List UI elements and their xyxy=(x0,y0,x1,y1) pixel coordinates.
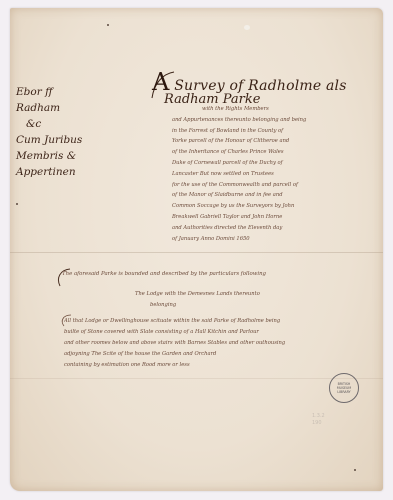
margin-note-line: &c xyxy=(16,116,86,132)
margin-note-line: Appertinen xyxy=(16,164,86,180)
body-line: of the Manor of Slaidburne and in fee an… xyxy=(172,190,342,201)
body-line: Duke of Cornewall parcell of the Duchy o… xyxy=(172,158,342,169)
ink-speck xyxy=(16,203,18,205)
library-stamp: BRITISH MUSEUM LIBRARY xyxy=(329,373,359,403)
body-line: of January Anno Domini 1650 xyxy=(172,234,342,245)
paragraph-line: All that Lodge or Dwellinghouse scituate… xyxy=(64,316,334,327)
pencil-line: 1.3.2 xyxy=(312,413,325,420)
fold-line xyxy=(10,378,383,379)
margin-note-line: Ebor ff xyxy=(16,84,86,100)
body-line: and Authorities directed the Eleventh da… xyxy=(172,223,342,234)
paragraph-1-line2: The Lodge with the Demesnes Lands thereu… xyxy=(135,291,260,297)
fold-line xyxy=(10,252,383,253)
margin-note: Ebor ff Radham &c Cum Juribus Membris & … xyxy=(16,84,86,180)
margin-note-line: Membris & xyxy=(16,148,86,164)
body-line: in the Forrest of Bowland in the County … xyxy=(172,126,342,137)
pencil-line: 190 xyxy=(312,420,325,427)
body-line: and Appurtenances thereunto belonging an… xyxy=(172,115,342,126)
paragraph-line: containing by estimation one Rood more o… xyxy=(64,360,334,371)
paragraph-1-line1: The aforesaid Parke is bounded and descr… xyxy=(62,271,266,277)
body-line: with the Rights Members xyxy=(172,104,342,115)
pencil-annotation: 1.3.2 190 xyxy=(312,413,325,427)
paragraph-2: All that Lodge or Dwellinghouse scituate… xyxy=(64,316,334,371)
body-line: for the use of the Commonwealth and parc… xyxy=(172,180,342,191)
ink-speck xyxy=(354,469,356,471)
title-body: with the Rights Members and Appurtenance… xyxy=(172,104,342,244)
stamp-text-bottom: LIBRARY xyxy=(337,390,350,394)
paragraph-line: and other roomes below and above stairs … xyxy=(64,338,334,349)
paragraph-1-line3: belonging xyxy=(150,302,176,308)
paragraph-line: builte of Stone covered with Slate consi… xyxy=(64,327,334,338)
body-line: Lancaster But now settled on Trustees xyxy=(172,169,342,180)
body-line: of the Inheritance of Charles Prince Wal… xyxy=(172,147,342,158)
paragraph-flourish-icon xyxy=(54,266,74,288)
body-line: Common Soccage by us the Surveyors by Jo… xyxy=(172,201,342,212)
margin-note-line: Cum Juribus xyxy=(16,132,86,148)
paragraph-line: adjoyning The Scite of the house the Gar… xyxy=(64,349,334,360)
body-line: Yorke parcell of the Honour of Clitheroe… xyxy=(172,136,342,147)
margin-note-line: Radham xyxy=(16,100,86,116)
body-line: Breakwell Gabriell Taylor and John Horne xyxy=(172,212,342,223)
paper-hole xyxy=(244,25,250,30)
ink-speck xyxy=(107,24,109,26)
document-title: A Survey of Radholme als xyxy=(152,74,347,94)
